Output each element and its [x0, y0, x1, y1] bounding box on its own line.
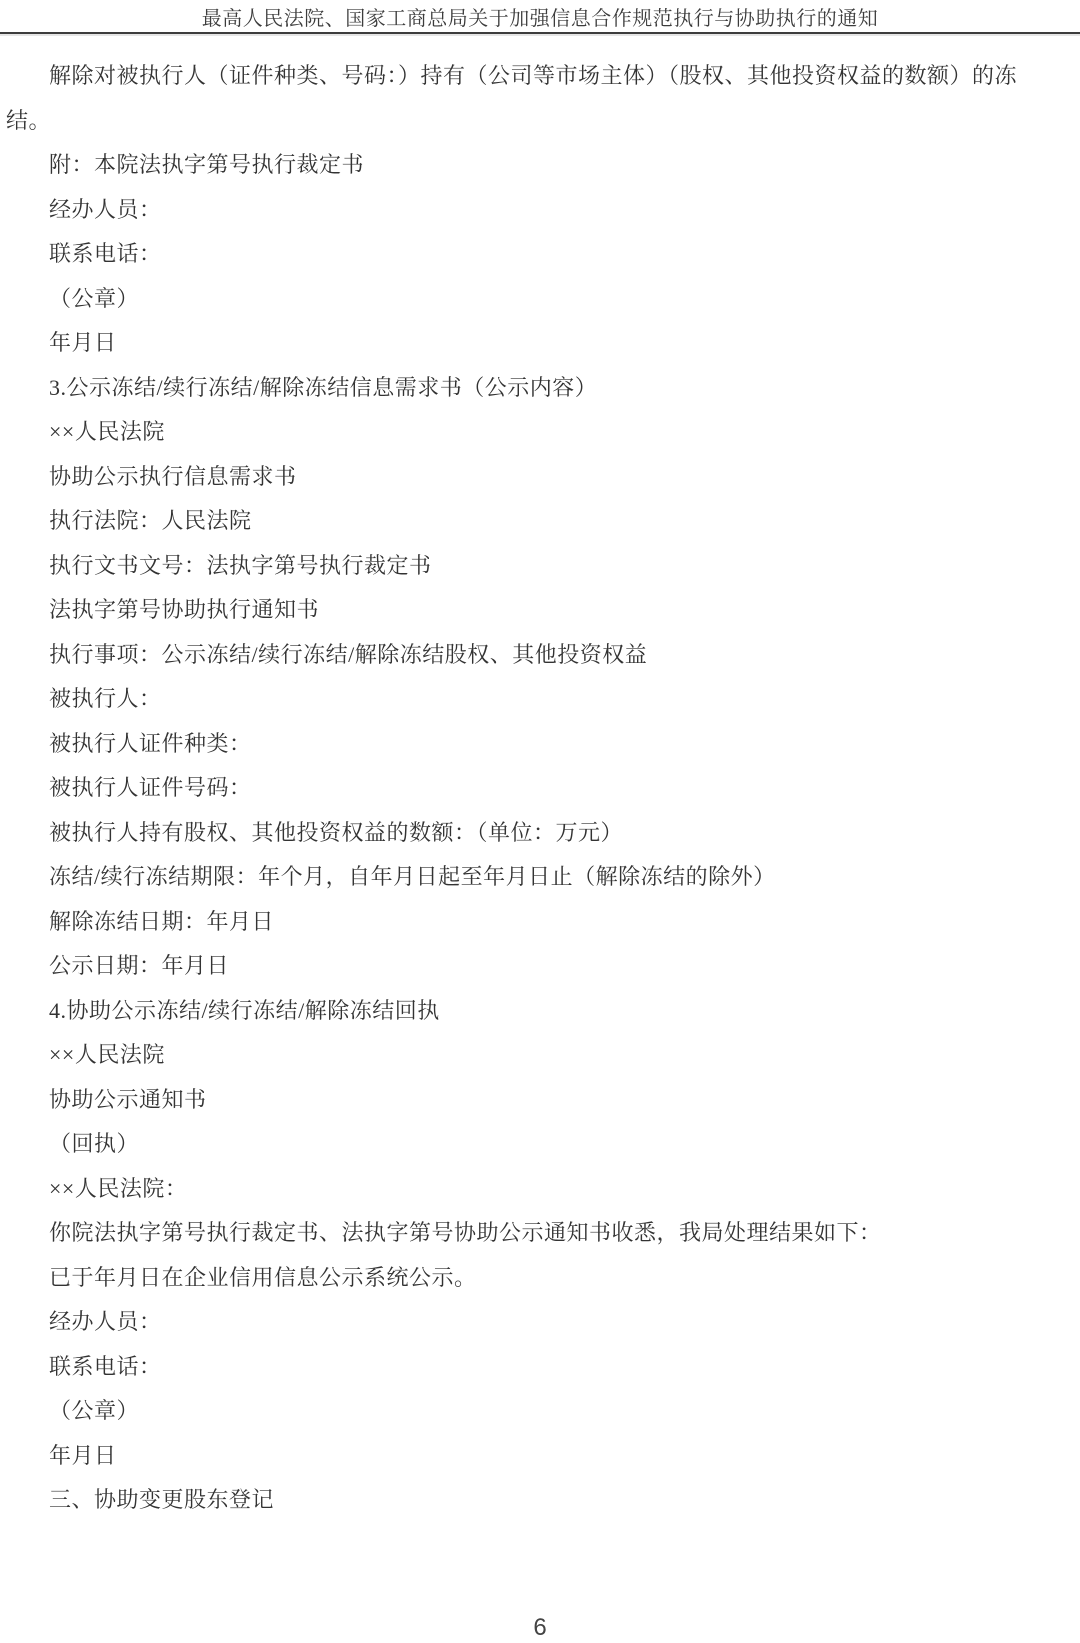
paragraph: ××人民法院 [6, 410, 1040, 455]
paragraph: 年月日 [6, 1434, 1040, 1479]
paragraph: 4.协助公示冻结/续行冻结/解除冻结回执 [6, 989, 1040, 1034]
paragraph: 已于年月日在企业信用信息公示系统公示。 [6, 1256, 1040, 1301]
paragraph: （公章） [6, 277, 1040, 322]
paragraph: 被执行人证件种类： [6, 722, 1040, 767]
paragraph: 联系电话： [6, 1345, 1040, 1390]
paragraph: （公章） [6, 1389, 1040, 1434]
paragraph: 年月日 [6, 321, 1040, 366]
paragraph: 执行事项：公示冻结/续行冻结/解除冻结股权、其他投资权益 [6, 633, 1040, 678]
paragraph: 经办人员： [6, 188, 1040, 233]
paragraph: 执行法院：人民法院 [6, 499, 1040, 544]
paragraph: 协助公示执行信息需求书 [6, 455, 1040, 500]
page-header: 最高人民法院、国家工商总局关于加强信息合作规范执行与协助执行的通知 [0, 0, 1080, 34]
paragraph: 被执行人： [6, 677, 1040, 722]
paragraph: 解除对被执行人（证件种类、号码：）持有（公司等市场主体）（股权、其他投资权益的数… [6, 54, 1040, 143]
paragraph: 附：本院法执字第号执行裁定书 [6, 143, 1040, 188]
paragraph: ××人民法院： [6, 1167, 1040, 1212]
paragraph: 三、协助变更股东登记 [6, 1478, 1040, 1523]
paragraph: 解除冻结日期：年月日 [6, 900, 1040, 945]
paragraph: 冻结/续行冻结期限：年个月，自年月日起至年月日止（解除冻结的除外） [6, 855, 1040, 900]
paragraph: 联系电话： [6, 232, 1040, 277]
paragraph: ××人民法院 [6, 1033, 1040, 1078]
paragraph: 你院法执字第号执行裁定书、法执字第号协助公示通知书收悉，我局处理结果如下： [6, 1211, 1040, 1256]
paragraph: 被执行人持有股权、其他投资权益的数额：（单位：万元） [6, 811, 1040, 856]
document-body: 解除对被执行人（证件种类、号码：）持有（公司等市场主体）（股权、其他投资权益的数… [0, 54, 1040, 1523]
paragraph: 公示日期：年月日 [6, 944, 1040, 989]
paragraph: 被执行人证件号码： [6, 766, 1040, 811]
paragraph: 经办人员： [6, 1300, 1040, 1345]
paragraph: 3.公示冻结/续行冻结/解除冻结信息需求书（公示内容） [6, 366, 1040, 411]
paragraph: 执行文书文号：法执字第号执行裁定书 [6, 544, 1040, 589]
header-divider [0, 32, 1080, 34]
page-number: 6 [533, 1614, 546, 1641]
document-page: 最高人民法院、国家工商总局关于加强信息合作规范执行与协助执行的通知 解除对被执行… [0, 0, 1080, 1643]
paragraph: 协助公示通知书 [6, 1078, 1040, 1123]
page-footer: 6 [0, 1614, 1080, 1642]
paragraph: （回执） [6, 1122, 1040, 1167]
header-title: 最高人民法院、国家工商总局关于加强信息合作规范执行与协助执行的通知 [0, 7, 1080, 31]
paragraph: 法执字第号协助执行通知书 [6, 588, 1040, 633]
